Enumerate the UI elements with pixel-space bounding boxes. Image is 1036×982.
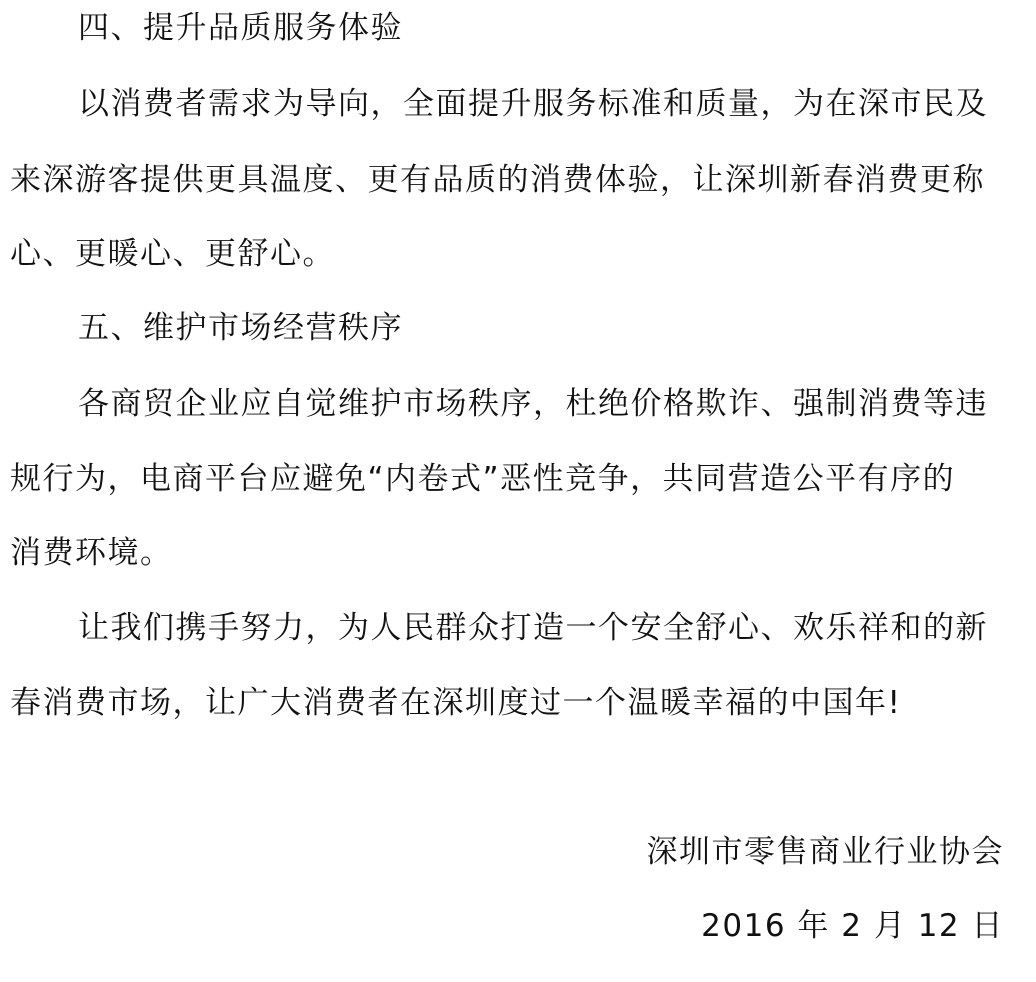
signature-date: 2016 年 2 月 12 日 (701, 906, 1004, 946)
paragraph-line: 消费环境。 (10, 533, 173, 573)
signature-organization: 深圳市零售商业行业协会 (647, 832, 1005, 872)
closing-line: 让我们携手努力，为人民群众打造一个安全舒心、欢乐祥和的新 (78, 608, 988, 648)
section-heading-4: 四、提升品质服务体验 (78, 8, 403, 48)
paragraph-line: 来深游客提供更具温度、更有品质的消费体验，让深圳新春消费更称 (10, 160, 985, 200)
paragraph-line: 心、更暖心、更舒心。 (10, 234, 335, 274)
paragraph-line: 以消费者需求为导向，全面提升服务标准和质量，为在深市民及 (78, 84, 988, 124)
section-heading-5: 五、维护市场经营秩序 (78, 308, 403, 348)
paragraph-line: 各商贸企业应自觉维护市场秩序，杜绝价格欺诈、强制消费等违 (78, 384, 988, 424)
closing-line: 春消费市场，让广大消费者在深圳度过一个温暖幸福的中国年! (10, 683, 901, 723)
paragraph-line: 规行为，电商平台应避免“内卷式”恶性竞争，共同营造公平有序的 (10, 459, 955, 499)
